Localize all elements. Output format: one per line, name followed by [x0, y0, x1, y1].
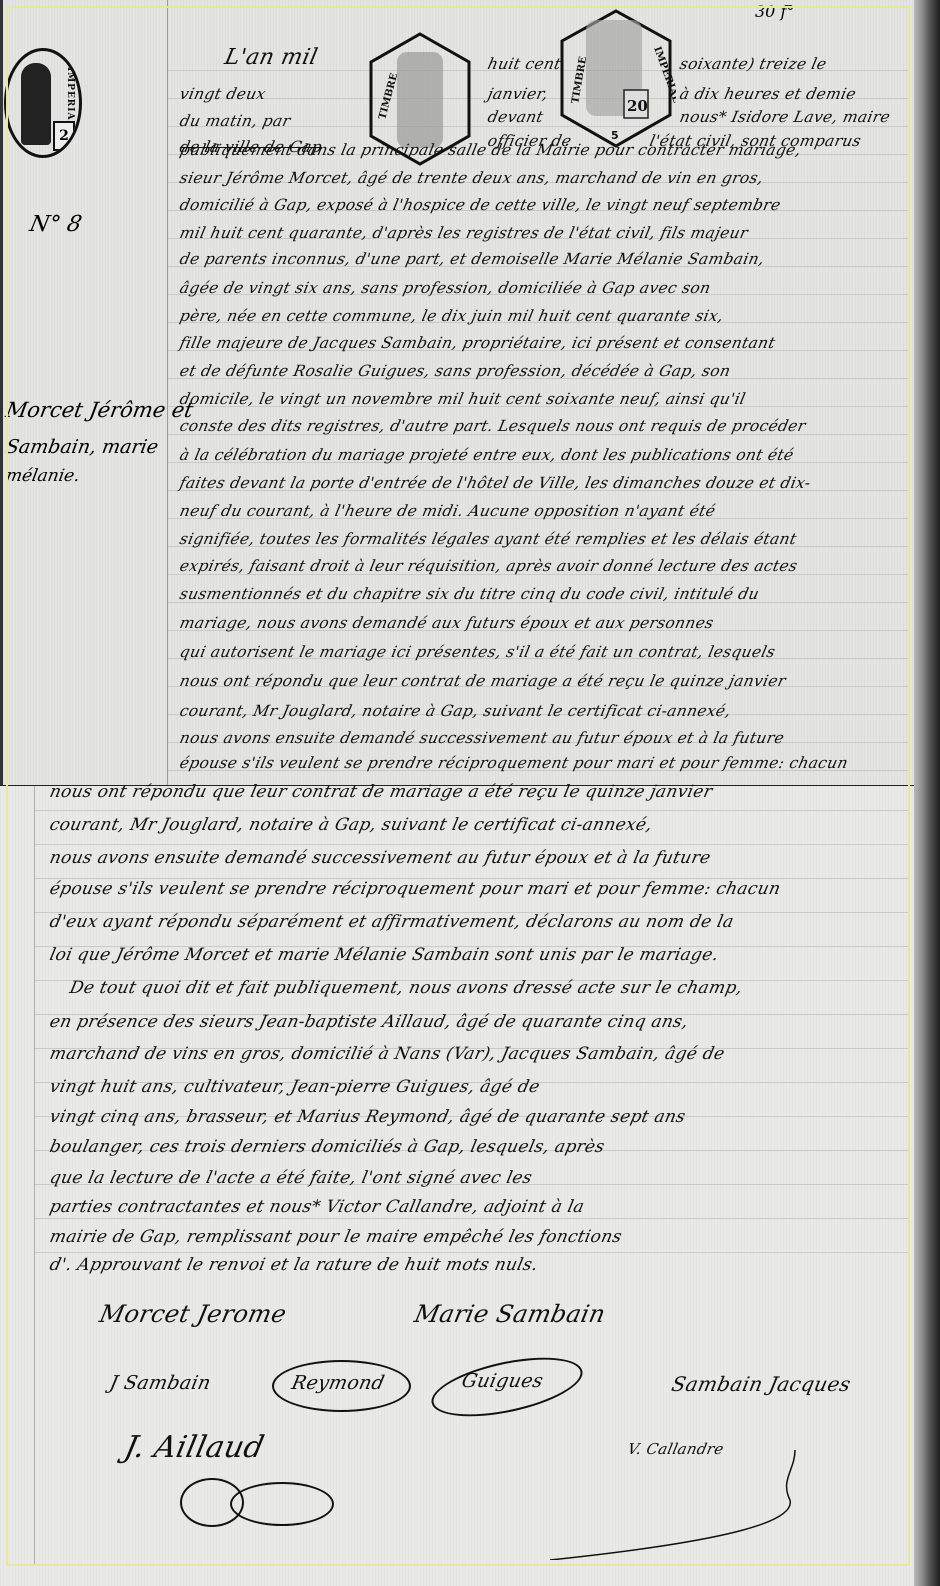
signature-flourish [540, 1440, 810, 1560]
document-page: 30 f° IMPERIAL 2 TIMBRE 20 5 TIMBRE IMPE… [0, 0, 940, 1586]
margin-note-line-2: Sambain, marie [4, 436, 160, 458]
text-line: marchand de vins en gros, domicilié à Na… [48, 1044, 727, 1064]
text-line: épouse s'ils veulent se prendre réciproq… [178, 754, 850, 772]
imperial-round-stamp: IMPERIAL 2 [4, 48, 82, 158]
text-line: nous ont répondu que leur contrat de mar… [178, 672, 787, 690]
text-line: courant, Mr Jouglard, notaire à Gap, sui… [48, 815, 654, 835]
text-line: et de défunte Rosalie Guigues, sans prof… [178, 362, 732, 380]
text-line: en présence des sieurs Jean-baptiste Ail… [48, 1012, 690, 1032]
text-line: loi que Jérôme Morcet et marie Mélanie S… [48, 945, 721, 965]
margin-rule [167, 0, 168, 785]
text-line: signifiée, toutes les formalités légales… [178, 530, 798, 548]
text-line: d'. Approuvant le renvoi et la rature de… [48, 1255, 540, 1275]
text-fragment: nous* Isidore Lave, maire [678, 108, 892, 126]
justice-figure-icon [21, 63, 51, 145]
text-line: nous ont répondu que leur contrat de mar… [48, 782, 714, 802]
text-line: susmentionnés et du chapitre six du titr… [178, 585, 761, 603]
text-line: conste des dits registres, d'autre part.… [178, 417, 807, 435]
text-line: publiquement dans la principale salle de… [178, 141, 803, 159]
text-line: mil huit cent quarante, d'après les regi… [178, 224, 750, 242]
text-fragment: du matin, par [178, 112, 292, 130]
text-fragment: huit cent [486, 55, 563, 73]
signature-witness-1: J Sambain [108, 1372, 213, 1394]
stamp-value: 2 [53, 121, 75, 151]
stamp-text: IMPERIAL [65, 67, 75, 128]
svg-text:20: 20 [627, 97, 648, 115]
ruled-line [35, 1218, 910, 1219]
book-binding [914, 0, 940, 1586]
signature-witness-4: J. Aillaud [121, 1430, 267, 1465]
text-fragment: à dix heures et demie [678, 85, 858, 103]
ruled-line [35, 844, 910, 845]
text-line: mariage, nous avons demandé aux futurs é… [178, 614, 715, 632]
ruled-line [35, 1252, 910, 1253]
text-line: domicile, le vingt un novembre mil huit … [178, 390, 747, 408]
signature-witness-2: Reymond [290, 1372, 387, 1394]
text-line: âgée de vingt six ans, sans profession, … [178, 279, 712, 297]
text-line: vingt cinq ans, brasseur, et Marius Reym… [48, 1107, 687, 1127]
text-line: parties contractantes et nous* Victor Ca… [48, 1197, 586, 1217]
text-line: père, née en cette commune, le dix juin … [178, 307, 725, 325]
page-number: 30 f° [755, 2, 794, 21]
text-fragment: janvier, [486, 85, 550, 103]
text-line: épouse s'ils veulent se prendre réciproq… [48, 879, 783, 899]
text-line: boulanger, ces trois derniers domiciliés… [48, 1137, 607, 1157]
text-line: faites devant la porte d'entrée de l'hôt… [178, 474, 812, 492]
text-line: neuf du courant, à l'heure de midi. Aucu… [178, 502, 717, 520]
text-line: à la célébration du mariage projeté entr… [178, 446, 795, 464]
ruled-line [35, 810, 910, 811]
svg-text:IMPERIAL: IMPERIAL [651, 45, 676, 104]
text-fragment: vingt deux [178, 85, 267, 103]
margin-note-line-3: mélanie. [4, 466, 81, 486]
signature-flourish [230, 1482, 334, 1526]
text-line: mairie de Gap, remplissant pour le maire… [48, 1227, 624, 1247]
text-line: d'eux ayant répondu séparément et affirm… [48, 912, 736, 932]
margin-rule-lower [34, 786, 35, 1566]
entry-number: N° 8 [27, 212, 84, 237]
text-line: qui autorisent le mariage ici présentes,… [178, 643, 777, 661]
signature-bride: Marie Sambain [412, 1300, 608, 1328]
text-line: domicilié à Gap, exposé à l'hospice de c… [178, 196, 782, 214]
text-line: vingt huit ans, cultivateur, Jean-pierre… [48, 1077, 542, 1097]
margin-note-line-1: Morcet Jérôme et [4, 398, 195, 422]
opening-text: L'an mil [222, 45, 320, 70]
text-line: de parents inconnus, d'une part, et demo… [178, 250, 766, 268]
text-line: courant, Mr Jouglard, notaire à Gap, sui… [178, 702, 733, 720]
timbre-hex-stamp-right: 20 5 TIMBRE IMPERIAL [556, 8, 676, 150]
svg-text:TIMBRE: TIMBRE [377, 72, 400, 121]
text-line: sieur Jérôme Morcet, âgé de trente deux … [178, 169, 765, 187]
signature-groom: Morcet Jerome [97, 1300, 289, 1328]
text-line: que la lecture de l'acte a été faite, l'… [48, 1168, 534, 1188]
text-line: De tout quoi dit et fait publiquement, n… [68, 978, 745, 998]
text-line: fille majeure de Jacques Sambain, propri… [178, 334, 777, 352]
signature-witness-3: Guigues [460, 1370, 546, 1392]
text-line: nous avons ensuite demandé successivemen… [48, 848, 713, 868]
page-edge [0, 0, 3, 785]
text-line: expirés, faisant droit à leur réquisitio… [178, 557, 799, 575]
signature-father: Sambain Jacques [669, 1372, 852, 1396]
text-fragment: soixante) treize le [678, 55, 828, 73]
text-line: nous avons ensuite demandé successivemen… [178, 729, 786, 747]
text-fragment: devant [486, 108, 545, 126]
